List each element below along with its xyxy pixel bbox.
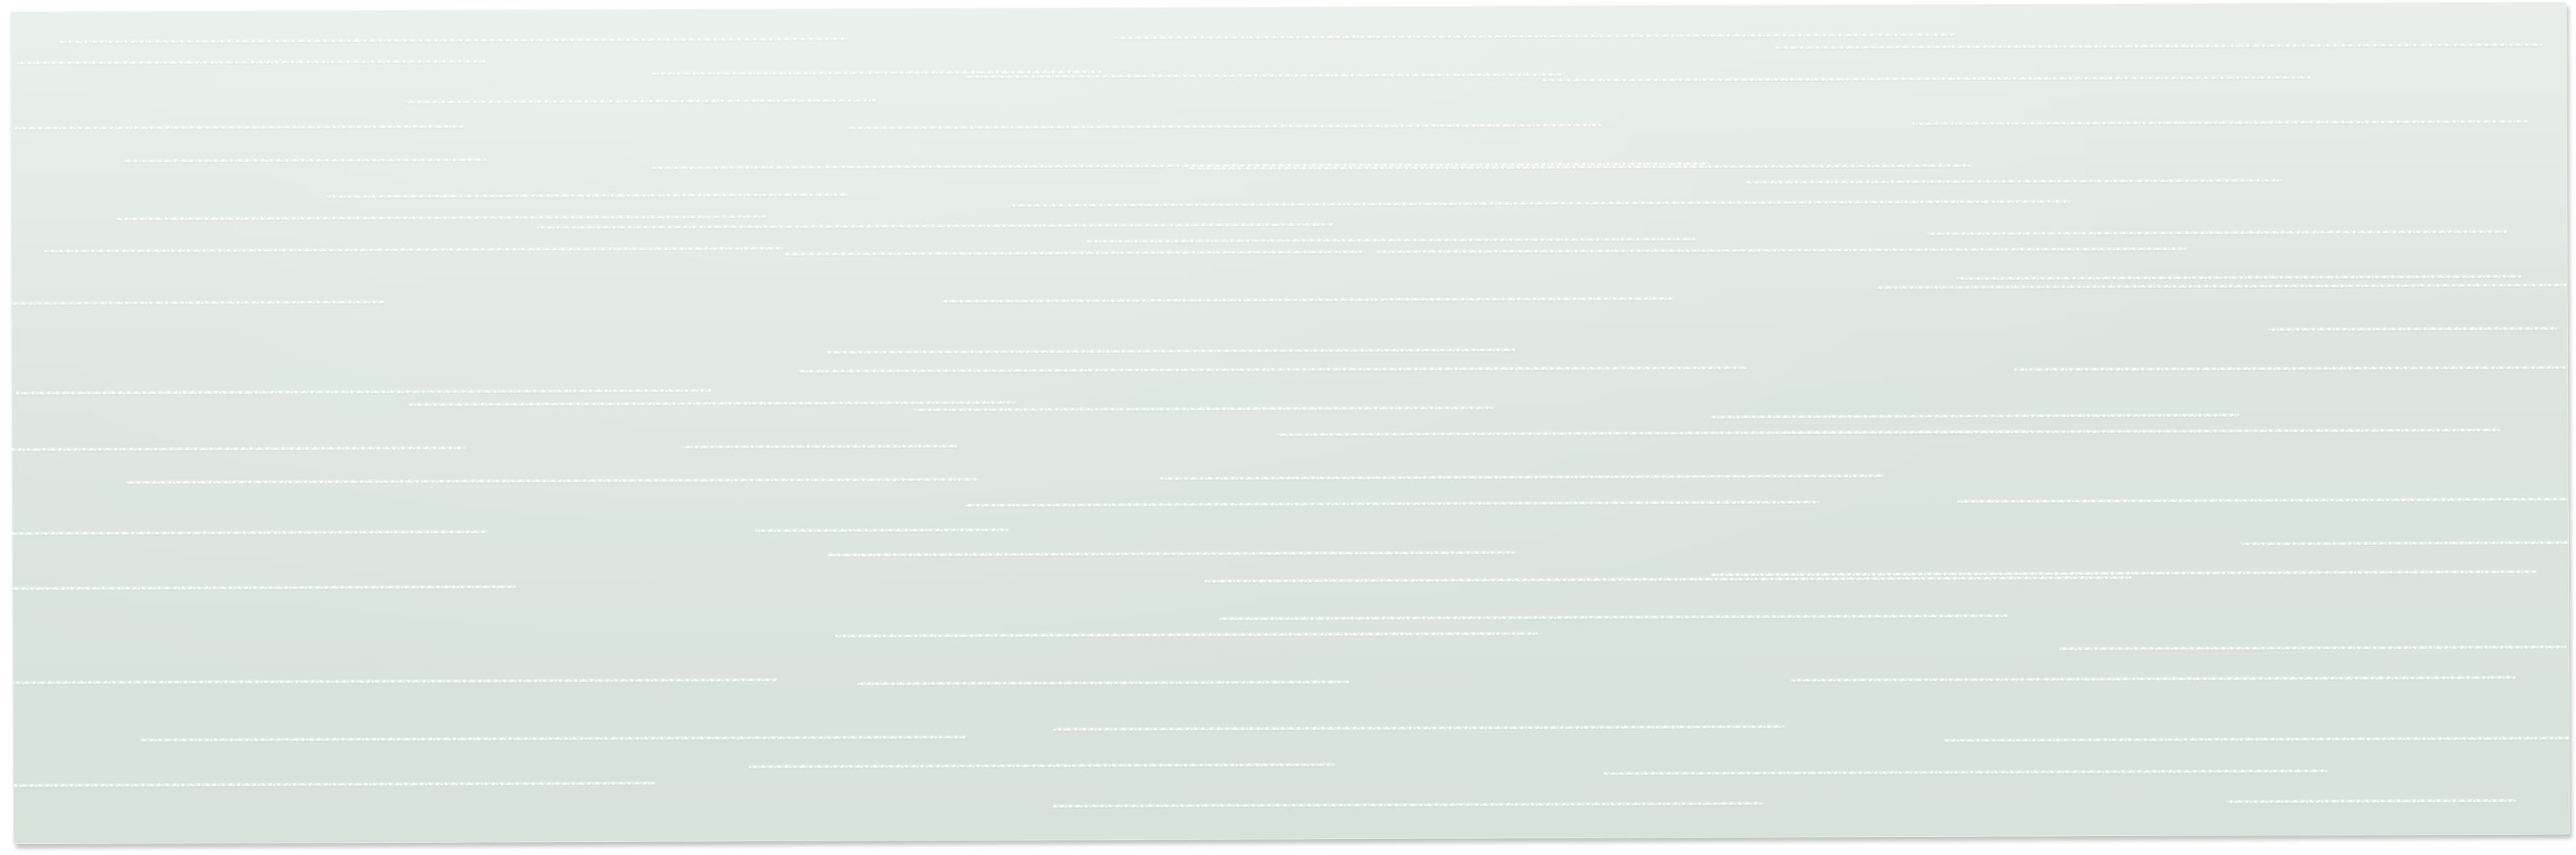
glitter-relief-stroke <box>1792 675 2516 683</box>
glitter-relief-stroke <box>125 477 979 485</box>
glitter-relief-stroke <box>10 781 655 788</box>
glitter-relief-stroke <box>407 400 1015 407</box>
glitter-relief-stroke <box>1783 428 2500 435</box>
glitter-relief-stroke <box>965 500 1820 507</box>
glitter-relief-stroke <box>1377 246 2188 253</box>
glitter-relief-stroke <box>1160 473 1884 481</box>
glitter-relief-stroke <box>857 680 1350 686</box>
glitter-relief-stroke <box>406 98 876 104</box>
glitter-relief-stroke <box>1087 237 1695 243</box>
glitter-relief-stroke <box>827 348 1515 355</box>
ceramic-tile <box>10 1 2569 844</box>
glitter-relief-stroke <box>1543 75 2310 83</box>
glitter-relief-stroke <box>124 157 486 163</box>
glitter-relief-stroke <box>1913 119 2528 126</box>
glitter-relief-stroke <box>1053 725 1784 732</box>
glitter-relief-stroke <box>1603 769 2328 776</box>
glitter-relief-stroke <box>1711 413 2239 419</box>
glitter-relief-stroke <box>682 444 957 449</box>
glitter-relief-stroke <box>44 246 783 253</box>
glitter-relief-stroke <box>140 735 966 742</box>
glitter-relief-stroke <box>10 529 487 536</box>
glitter-relief-stroke <box>1876 282 2569 290</box>
glitter-relief-stroke <box>2240 540 2570 546</box>
glitter-relief-stroke <box>798 366 1747 374</box>
glitter-relief-stroke <box>1944 736 2570 742</box>
glitter-relief-stroke <box>1053 801 1763 809</box>
glitter-relief-stroke <box>848 123 1601 130</box>
glitter-relief-stroke <box>327 193 848 199</box>
glitter-relief-stroke <box>2226 799 2516 804</box>
glitter-relief-stroke <box>10 584 516 591</box>
glitter-relief-stroke <box>1115 33 1955 40</box>
glitter-relief-stroke <box>10 678 778 685</box>
glitter-relief-stroke <box>117 214 768 221</box>
glitter-relief-stroke <box>914 405 1493 412</box>
glitter-relief-stroke <box>755 528 1009 533</box>
glitter-relief-stroke <box>10 446 465 452</box>
photo-background <box>0 0 2576 855</box>
glitter-relief-stroke <box>783 250 1362 256</box>
glitter-relief-stroke <box>16 388 711 395</box>
glitter-relief-stroke <box>749 762 1335 769</box>
glitter-relief-stroke <box>1746 178 2282 185</box>
glitter-relief-stroke <box>1774 43 2542 50</box>
glitter-relief-stroke <box>835 631 1537 639</box>
glitter-relief-stroke <box>943 296 1674 303</box>
glitter-relief-stroke <box>2015 365 2565 371</box>
glitter-relief-stroke <box>1956 274 2521 281</box>
glitter-relief-stroke <box>14 59 485 64</box>
glitter-relief-stroke <box>2059 644 2566 651</box>
glitter-relief-stroke <box>58 37 847 44</box>
glitter-relief-stroke <box>537 222 1333 229</box>
glitter-relief-stroke <box>15 125 464 130</box>
glitter-relief-stroke <box>828 550 1516 557</box>
glitter-relief-stroke <box>1007 199 2072 208</box>
glitter-relief-stroke <box>1958 497 2570 503</box>
glitter-relief-stroke <box>2268 326 2558 332</box>
glitter-relief-stroke <box>1927 229 2506 236</box>
glitter-relief-stroke <box>1219 613 2008 620</box>
glitter-relief-stroke <box>10 300 385 306</box>
glitter-relief-stroke <box>1204 576 2131 584</box>
